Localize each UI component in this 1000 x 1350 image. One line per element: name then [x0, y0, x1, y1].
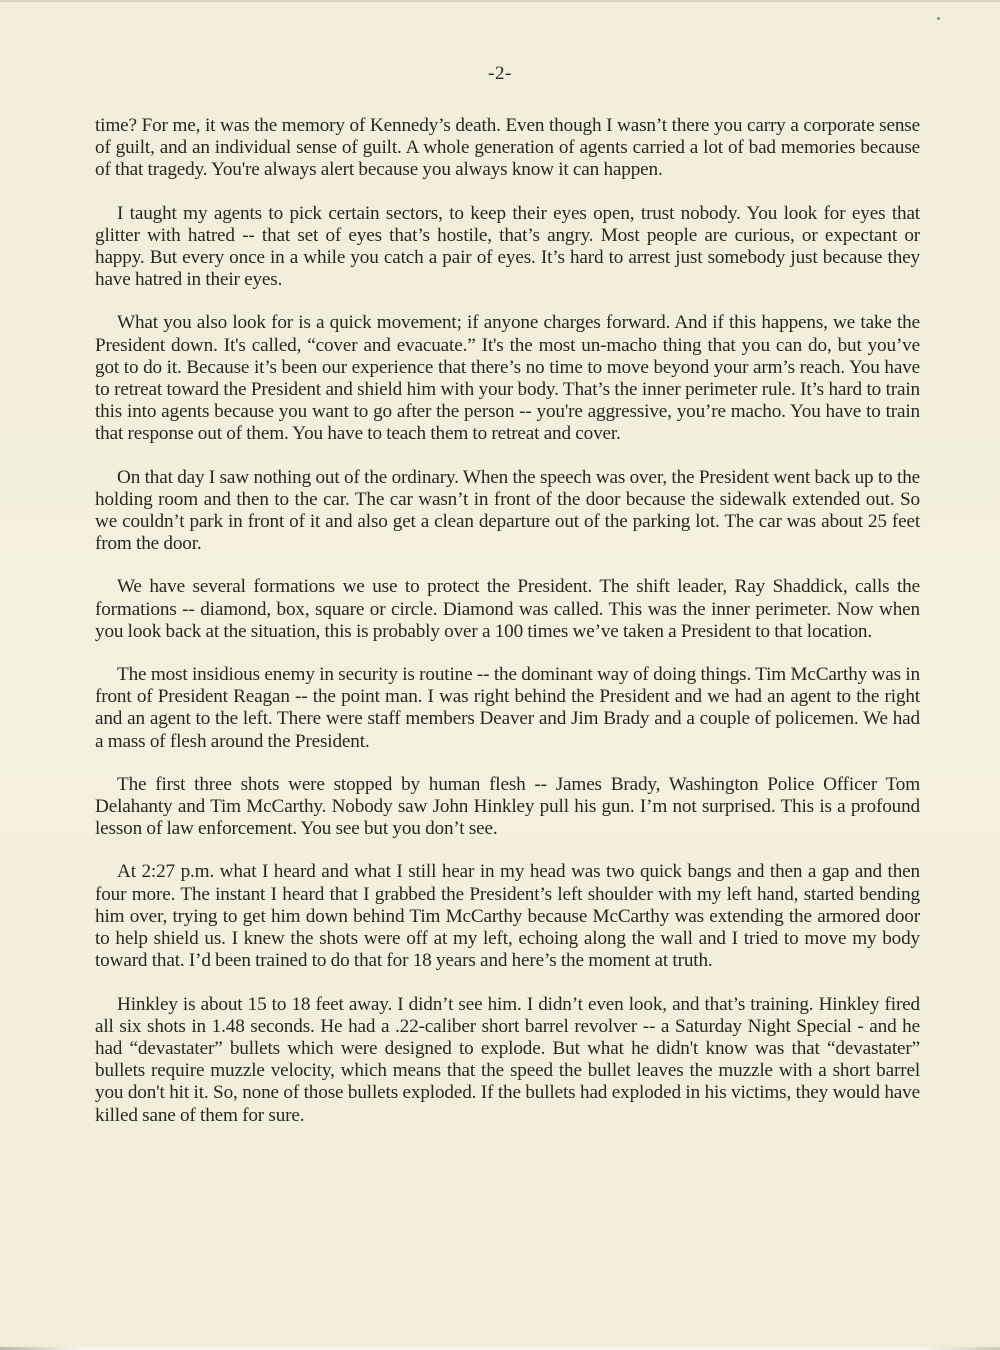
paragraph-routine: The most insidious enemy in security is …: [95, 664, 920, 753]
paragraph-continuation: time? For me, it was the memory of Kenne…: [95, 115, 920, 182]
paragraph-formations: We have several formations we use to pro…: [95, 576, 920, 643]
paragraph-first-three-shots: The first three shots were stopped by hu…: [95, 774, 920, 841]
paragraph-cover-and-evacuate: What you also look for is a quick moveme…: [95, 312, 920, 445]
scan-speck: [937, 17, 940, 20]
page-top-edge: [0, 0, 1000, 2]
paragraph-agent-training: I taught my agents to pick certain secto…: [95, 203, 920, 292]
document-body: time? For me, it was the memory of Kenne…: [95, 115, 920, 1148]
paragraph-that-day: On that day I saw nothing out of the ord…: [95, 467, 920, 556]
page-number: -2-: [0, 63, 1000, 85]
paragraph-two-twenty-seven: At 2:27 p.m. what I heard and what I sti…: [95, 861, 920, 972]
document-page: -2- time? For me, it was the memory of K…: [0, 0, 1000, 1350]
paragraph-hinkley: Hinkley is about 15 to 18 feet away. I d…: [95, 994, 920, 1127]
